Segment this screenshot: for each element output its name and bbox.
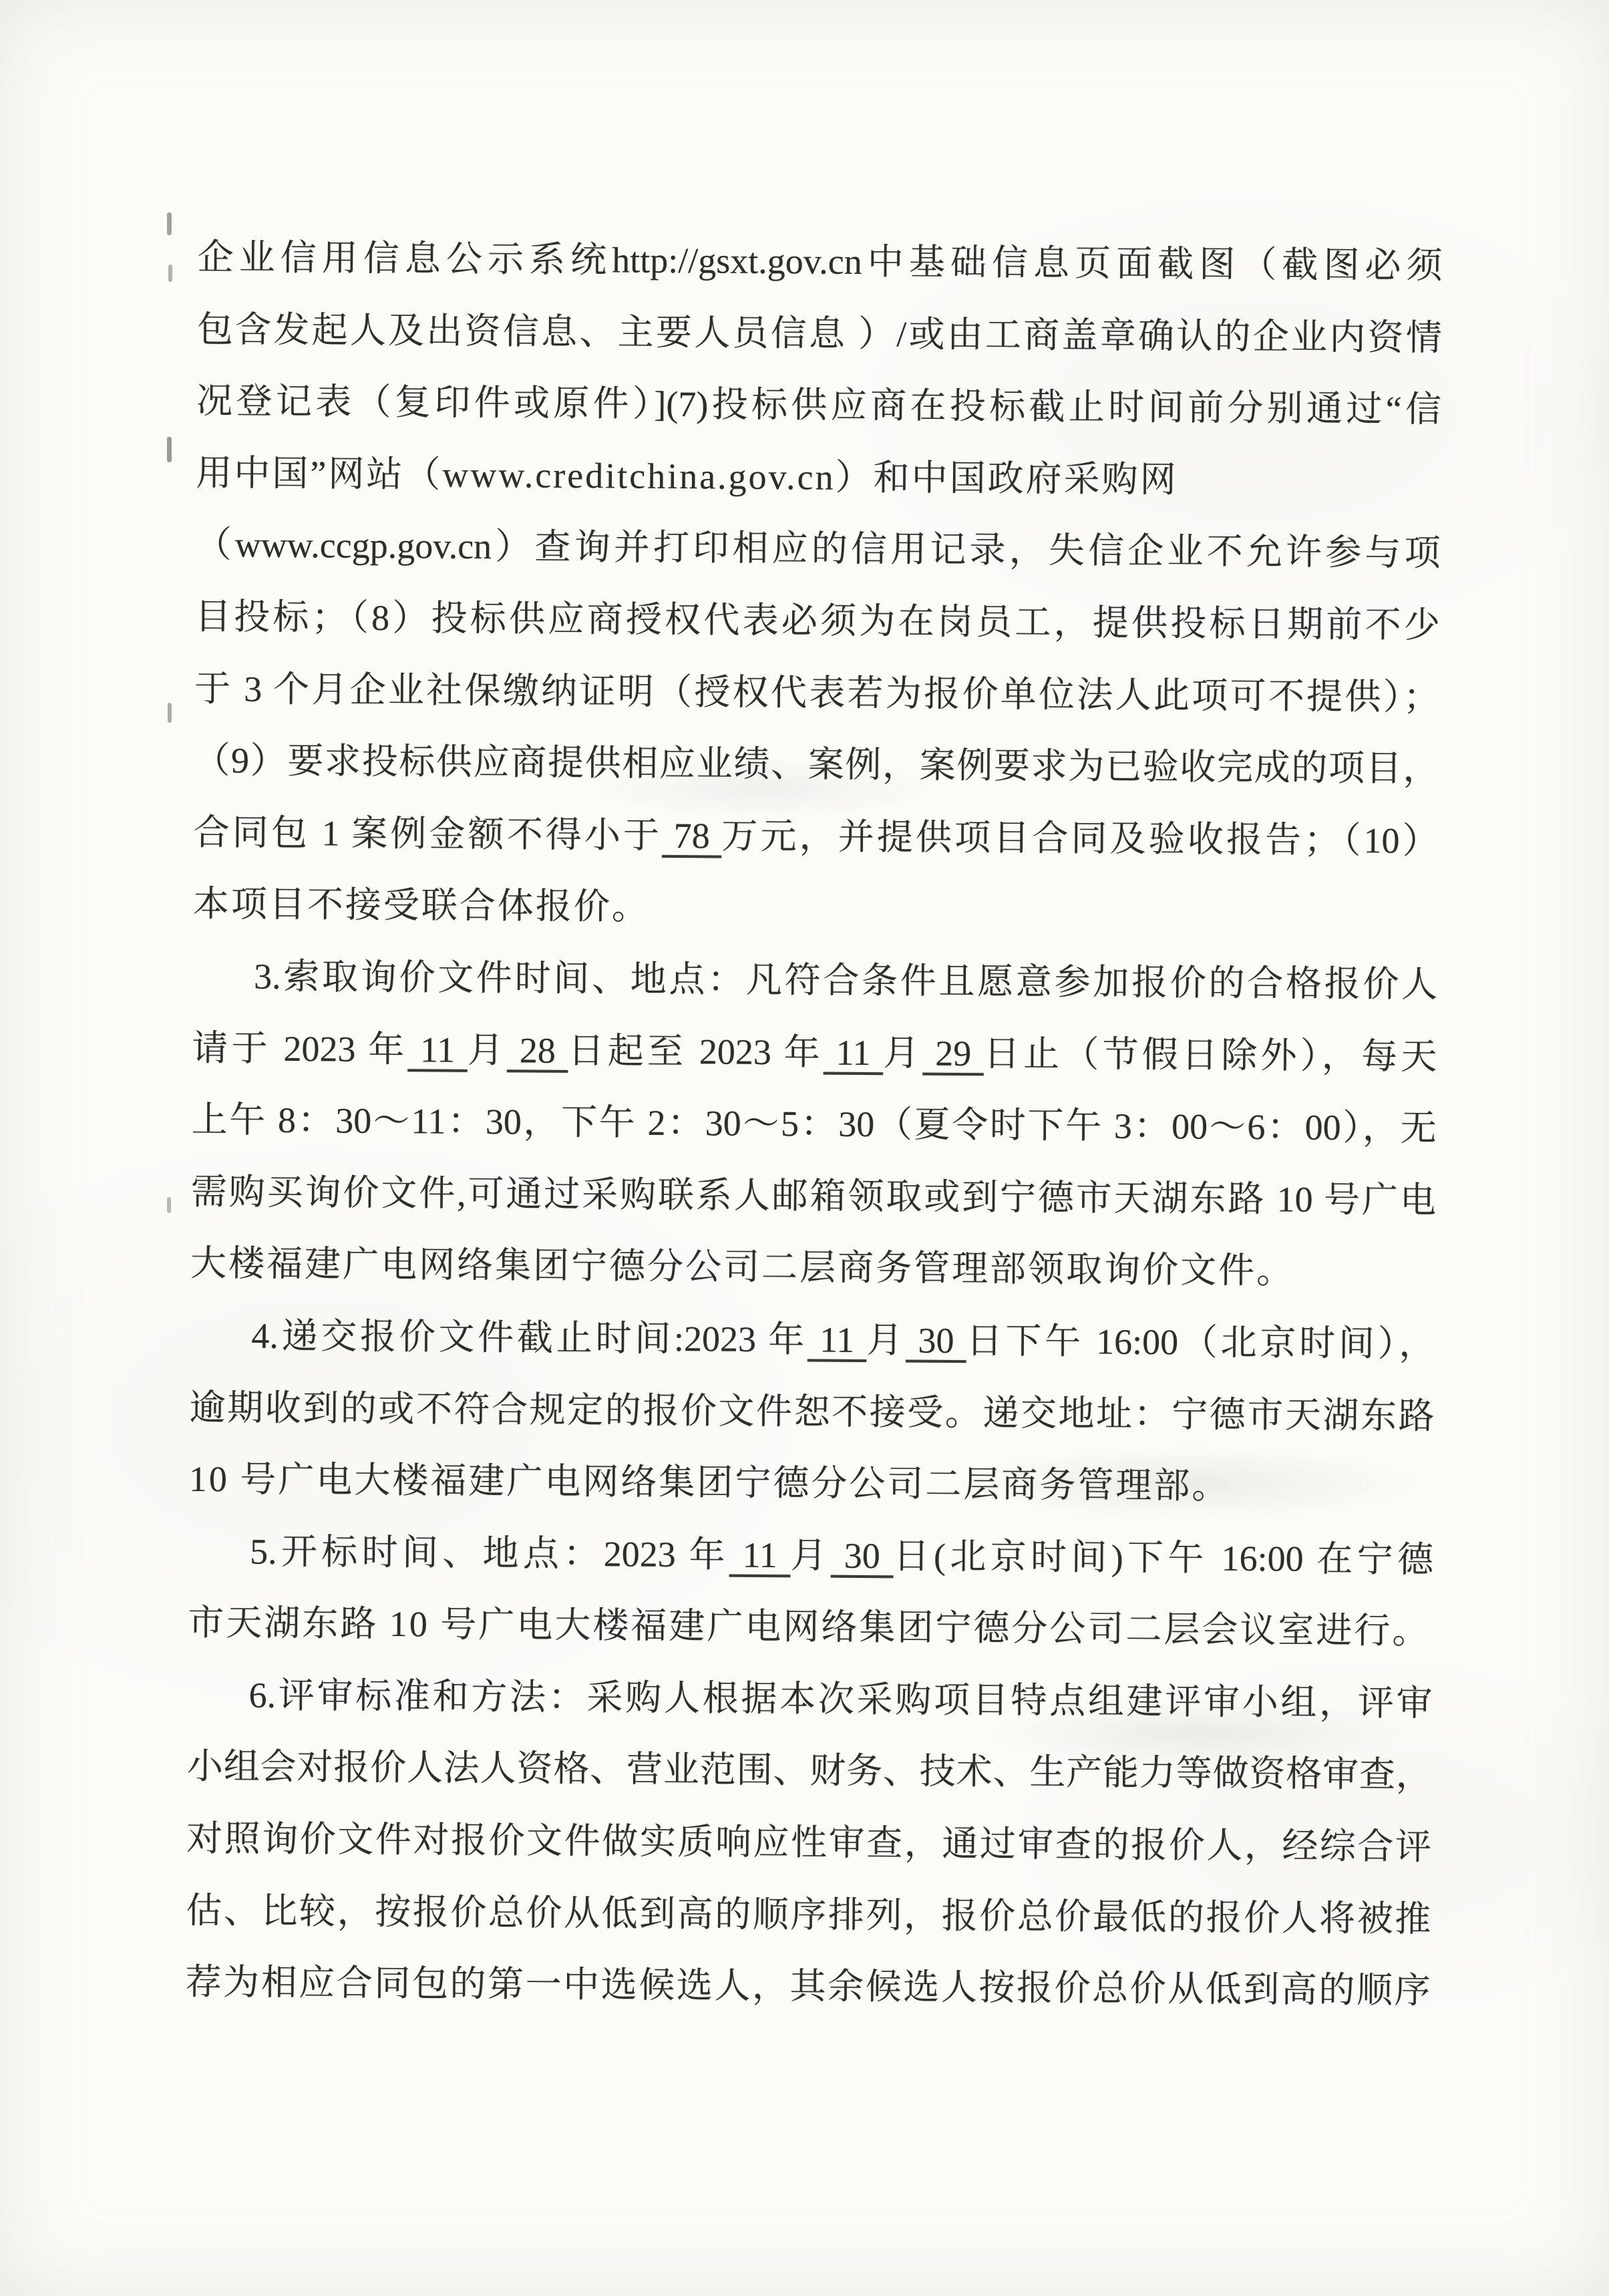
- text-line: 5.开标时间、地点：2023 年 11 月 30 日(北京时间)下午 16:00…: [188, 1516, 1434, 1597]
- text-run: 日起至 2023 年: [568, 1030, 824, 1072]
- text-run: 小组会对报价人法人资格、营业范围、财务、技术、生产能力等做资格审查，: [187, 1746, 1432, 1795]
- text-run: 日下午 16:00（北京时间），: [966, 1321, 1435, 1364]
- text-line: 荐为相应合同包的第一中选候选人，其余候选人按报价总价从低到高的顺序: [185, 1947, 1431, 2027]
- text-run: 日止（节假日除外），每天: [984, 1033, 1437, 1077]
- text-line: 对照询价文件对报价文件做实质响应性审查，通过审查的报价人，经综合评: [186, 1803, 1432, 1884]
- underlined-value: 11: [808, 1319, 867, 1360]
- text-run: 月: [790, 1535, 831, 1575]
- text-run: 用中国”网站（www.creditchina.gov.cn）和中国政府采购网: [196, 453, 1178, 500]
- text-line: 本项目不接受联合体报价。: [192, 868, 1438, 949]
- text-line: 企业信用信息公示系统http://gsxt.gov.cn中基础信息页面截图（截图…: [197, 222, 1443, 303]
- scan-artifact-speck: [168, 265, 172, 282]
- text-line: 4.递交报价文件截止时间:2023 年 11 月 30 日下午 16:00（北京…: [190, 1300, 1435, 1381]
- underlined-value: 28: [507, 1030, 568, 1071]
- text-run: 6.评审标准和方法：采购人根据本次采购项目特点组建评审小组，评审: [248, 1675, 1432, 1723]
- text-line: 请于 2023 年 11 月 28 日起至 2023 年 11 月 29 日止（…: [192, 1013, 1437, 1094]
- text-line: 合同包 1 案例金额不得小于 78 万元，并提供项目合同及验收报告；（10）: [193, 797, 1439, 878]
- text-line: 用中国”网站（www.creditchina.gov.cn）和中国政府采购网: [196, 438, 1441, 518]
- text-run: 包含发起人及出资信息、主要人员信息 ）/或由工商盖章确认的企业内资情: [197, 309, 1442, 358]
- text-line: 包含发起人及出资信息、主要人员信息 ）/或由工商盖章确认的企业内资情: [196, 294, 1442, 375]
- text-line: 逾期收到的或不符合规定的报价文件恕不接受。递交地址：宁德市天湖东路: [189, 1371, 1435, 1452]
- text-run: 本项目不接受联合体报价。: [193, 884, 650, 927]
- text-run: 况登记表（复印件或原件）](7)投标供应商在投标截止时间前分别通过“信: [196, 381, 1441, 430]
- text-line: 大楼福建广电网络集团宁德分公司二层商务管理部领取询价文件。: [190, 1228, 1436, 1309]
- text-run: 请于 2023 年: [192, 1028, 408, 1070]
- text-run: 荐为相应合同包的第一中选候选人，其余候选人按报价总价从低到高的顺序: [185, 1962, 1430, 2011]
- text-line: 于 3 个月企业社保缴纳证明（授权代表若为报价单位法人此项可不提供）；: [194, 653, 1440, 734]
- text-line: 6.评审标准和方法：采购人根据本次采购项目特点组建评审小组，评审: [187, 1659, 1433, 1740]
- text-run: 大楼福建广电网络集团宁德分公司二层商务管理部领取询价文件。: [190, 1243, 1294, 1291]
- text-line: 目投标；（8）投标供应商授权代表必须为在岗员工，提供投标日期前不少: [194, 581, 1440, 662]
- text-run: 企业信用信息公示系统http://gsxt.gov.cn中基础信息页面截图（截图…: [197, 237, 1442, 286]
- underlined-value: 11: [407, 1029, 468, 1070]
- text-run: 4.递交报价文件截止时间:2023 年: [251, 1316, 808, 1360]
- text-line: 上午 8：30～11：30，下午 2：30～5：30（夏令时下午 3：00～6：…: [191, 1084, 1437, 1165]
- text-run: 合同包 1 案例金额不得小于: [193, 812, 662, 856]
- document-text-block: 企业信用信息公示系统http://gsxt.gov.cn中基础信息页面截图（截图…: [185, 222, 1443, 2027]
- underlined-value: 29: [922, 1033, 984, 1074]
- underlined-value: 78: [662, 816, 722, 856]
- text-line: 市天湖东路 10 号广电大楼福建广电网络集团宁德分公司二层会议室进行。: [188, 1587, 1433, 1668]
- text-run: 于 3 个月企业社保缴纳证明（授权代表若为报价单位法人此项可不提供）；: [194, 669, 1439, 717]
- text-run: （9）要求投标供应商提供相应业绩、案例，案例要求为已验收完成的项目，: [194, 740, 1439, 789]
- text-line: 况登记表（复印件或原件）](7)投标供应商在投标截止时间前分别通过“信: [196, 365, 1442, 446]
- text-run: 日(北京时间)下午 16:00 在宁德: [893, 1536, 1433, 1580]
- text-run: 目投标；（8）投标供应商授权代表必须为在岗员工，提供投标日期前不少: [195, 597, 1440, 645]
- text-run: 市天湖东路 10 号广电大楼福建广电网络集团宁德分公司二层会议室进行。: [188, 1603, 1430, 1651]
- scanned-document-page: 企业信用信息公示系统http://gsxt.gov.cn中基础信息页面截图（截图…: [0, 0, 1609, 2296]
- text-run: 需购买询价文件,可通过采购联系人邮箱领取或到宁德市天湖东路 10 号广电: [191, 1172, 1436, 1220]
- text-run: 月: [866, 1320, 906, 1360]
- underlined-value: 30: [906, 1320, 966, 1361]
- scan-artifact-speck: [168, 703, 172, 723]
- scan-artifact-speck: [167, 1197, 171, 1213]
- text-line: （9）要求投标供应商提供相应业绩、案例，案例要求为已验收完成的项目，: [194, 725, 1439, 806]
- text-run: 月: [883, 1033, 923, 1073]
- underlined-value: 11: [729, 1534, 791, 1575]
- scan-artifact-speck: [167, 212, 172, 235]
- underlined-value: 30: [831, 1535, 894, 1576]
- text-run: 10 号广电大楼福建广电网络集团宁德分公司二层商务管理部。: [189, 1459, 1230, 1506]
- text-run: 月: [468, 1029, 508, 1070]
- scan-artifact-speck: [167, 437, 172, 462]
- text-line: 3.索取询价文件时间、地点：凡符合条件且愿意参加报价的合格报价人: [192, 941, 1438, 1021]
- text-line: 估、比较，按报价总价从低到高的顺序排列，报价总价最低的报价人将被推: [186, 1875, 1431, 1956]
- text-line: 10 号广电大楼福建广电网络集团宁德分公司二层商务管理部。: [188, 1444, 1434, 1524]
- text-line: 小组会对报价人法人资格、营业范围、财务、技术、生产能力等做资格审查，: [186, 1731, 1432, 1812]
- text-run: 万元，并提供项目合同及验收报告；（10）: [721, 816, 1439, 860]
- text-run: （www.ccgp.gov.cn）查询并打印相应的信用记录，失信企业不允许参与项: [195, 524, 1440, 573]
- text-line: 需购买询价文件,可通过采购联系人邮箱领取或到宁德市天湖东路 10 号广电: [190, 1156, 1436, 1237]
- text-run: 逾期收到的或不符合规定的报价文件恕不接受。递交地址：宁德市天湖东路: [189, 1387, 1434, 1436]
- text-run: 对照询价文件对报价文件做实质响应性审查，通过审查的报价人，经综合评: [186, 1818, 1431, 1867]
- underlined-value: 11: [824, 1032, 884, 1073]
- text-run: 估、比较，按报价总价从低到高的顺序排列，报价总价最低的报价人将被推: [186, 1891, 1431, 1939]
- text-run: 上午 8：30～11：30，下午 2：30～5：30（夏令时下午 3：00～6：…: [191, 1100, 1436, 1148]
- text-line: （www.ccgp.gov.cn）查询并打印相应的信用记录，失信企业不允许参与项: [195, 509, 1441, 590]
- text-run: 5.开标时间、地点：2023 年: [250, 1531, 729, 1575]
- text-run: 3.索取询价文件时间、地点：凡符合条件且愿意参加报价的合格报价人: [254, 957, 1437, 1005]
